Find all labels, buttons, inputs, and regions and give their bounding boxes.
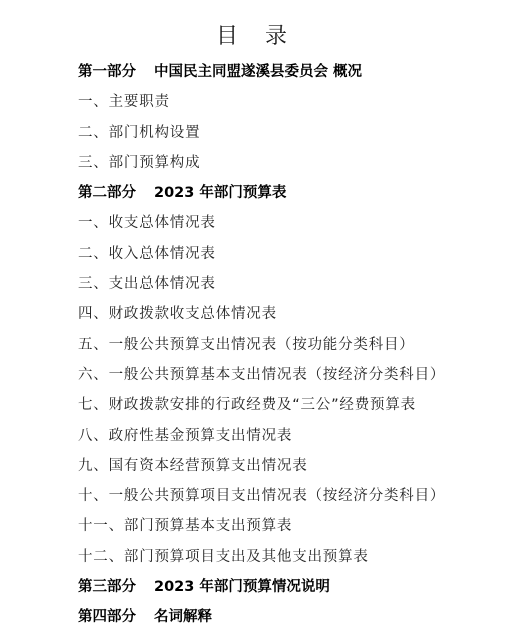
toc-item[interactable]: 三、支出总体情况表 bbox=[78, 269, 445, 299]
toc-item[interactable]: 二、部门机构设置 bbox=[78, 118, 445, 148]
toc-part-4[interactable]: 第四部分名词解释 bbox=[78, 602, 445, 632]
part-label: 第四部分 bbox=[78, 609, 136, 625]
toc-list: 第一部分中国民主同盟遂溪县委员会 概况 一、主要职责 二、部门机构设置 三、部门… bbox=[78, 57, 445, 633]
toc-item[interactable]: 四、财政拨款收支总体情况表 bbox=[78, 299, 445, 329]
toc-item[interactable]: 六、一般公共预算基本支出情况表（按经济分类科目） bbox=[78, 360, 445, 390]
toc-part-1[interactable]: 第一部分中国民主同盟遂溪县委员会 概况 bbox=[78, 57, 445, 87]
toc-part-3[interactable]: 第三部分2023 年部门预算情况说明 bbox=[78, 572, 445, 602]
part-title: 2023 年部门预算情况说明 bbox=[154, 579, 330, 595]
toc-item[interactable]: 八、政府性基金预算支出情况表 bbox=[78, 421, 445, 451]
toc-item[interactable]: 九、国有资本经营预算支出情况表 bbox=[78, 451, 445, 481]
toc-item[interactable]: 七、财政拨款安排的行政经费及“三公”经费预算表 bbox=[78, 390, 445, 420]
toc-item[interactable]: 十、一般公共预算项目支出情况表（按经济分类科目） bbox=[78, 481, 445, 511]
toc-title: 目 录 bbox=[0, 22, 513, 52]
toc-item[interactable]: 十一、部门预算基本支出预算表 bbox=[78, 511, 445, 541]
toc-item[interactable]: 五、一般公共预算支出情况表（按功能分类科目） bbox=[78, 330, 445, 360]
toc-item[interactable]: 一、主要职责 bbox=[78, 87, 445, 117]
part-title: 中国民主同盟遂溪县委员会 概况 bbox=[154, 64, 362, 80]
toc-item[interactable]: 三、部门预算构成 bbox=[78, 148, 445, 178]
document-page: 目 录 第一部分中国民主同盟遂溪县委员会 概况 一、主要职责 二、部门机构设置 … bbox=[0, 0, 513, 640]
toc-item[interactable]: 一、收支总体情况表 bbox=[78, 208, 445, 238]
part-label: 第一部分 bbox=[78, 64, 136, 80]
toc-item[interactable]: 十二、部门预算项目支出及其他支出预算表 bbox=[78, 542, 445, 572]
toc-part-2[interactable]: 第二部分2023 年部门预算表 bbox=[78, 178, 445, 208]
part-title: 名词解释 bbox=[154, 609, 212, 625]
toc-item[interactable]: 二、收入总体情况表 bbox=[78, 239, 445, 269]
part-label: 第三部分 bbox=[78, 579, 136, 595]
part-title: 2023 年部门预算表 bbox=[154, 185, 286, 201]
part-label: 第二部分 bbox=[78, 185, 136, 201]
